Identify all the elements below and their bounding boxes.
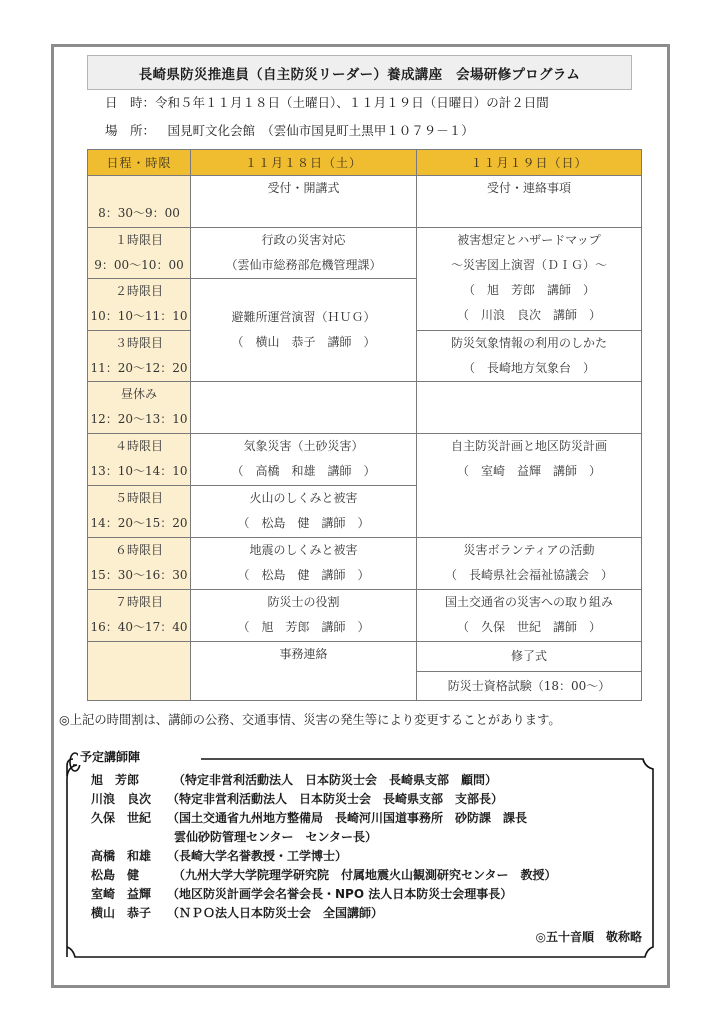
- day1-session: 避難所運営演習（ＨＵＧ）（ 横山 恭子 講師 ）: [191, 279, 417, 382]
- time-cell: ７時限目16：40〜17：40: [88, 590, 191, 642]
- day2-session: 国土交通省の災害への取り組み（ 久保 世紀 講師 ）: [417, 590, 642, 642]
- session-title: 防災士の役割: [191, 590, 416, 615]
- lecturer-list: 旭 芳郎 （特定非営利活動法人 日本防災士会 長崎県支部 顧問） 川浪 良次（特…: [91, 771, 557, 923]
- session-lecturer: （ 久保 世紀 講師 ）: [417, 615, 641, 640]
- session-lecturer: （ 横山 恭子 講師 ）: [191, 330, 416, 355]
- session-title: 災害ボランティアの活動: [417, 538, 641, 563]
- session-lecturer: （ 高橋 和雄 講師 ）: [191, 459, 416, 484]
- day2-session: 自主防災計画と地区防災計画（ 室崎 益輝 講師 ）: [417, 434, 642, 538]
- day2-session: 災害ボランティアの活動（ 長崎県社会福祉協議会 ）: [417, 538, 642, 590]
- day2-session: 防災気象情報の利用のしかた（ 長崎地方気象台 ）: [417, 331, 642, 382]
- day2-session: 修了式: [417, 642, 642, 672]
- lecturer-affiliation: （地区防災計画学会名誉会長・NPO 法人日本防災士会理事長）: [167, 887, 512, 901]
- session-title: 地震のしくみと被害: [191, 538, 416, 563]
- day2-session: 防災士資格試験（18：00〜）: [417, 672, 642, 701]
- place-value: 国見町文化会館 （雲仙市国見町土黒甲１０７９－１）: [155, 123, 474, 138]
- session-title: 防災気象情報の利用のしかた: [417, 331, 641, 356]
- session-lecturer: （ 旭 芳郎 講師 ）: [417, 278, 641, 303]
- table-row: 昼休み12：20〜13：10: [88, 382, 642, 434]
- period-label: ６時限目: [88, 538, 190, 563]
- page-title: 長崎県防災推進員（自主防災リーダー）養成講座 会場研修プログラム: [87, 55, 632, 90]
- table-row: ４時限目13：10〜14：10 気象災害（土砂災害）（ 高橋 和雄 講師 ） 自…: [88, 434, 642, 486]
- table-row: ６時限目15：30〜16：30 地震のしくみと被害（ 松島 健 講師 ） 災害ボ…: [88, 538, 642, 590]
- day1-session: 気象災害（土砂災害）（ 高橋 和雄 講師 ）: [191, 434, 417, 486]
- session-title: 気象災害（土砂災害）: [191, 434, 416, 459]
- lecturers-footnote: ◎五十音順 敬称略: [536, 928, 642, 945]
- period-label: ２時限目: [88, 279, 190, 304]
- lecturer-affiliation: （特定非営利活動法人 日本防災士会 長崎県支部 顧問）: [167, 773, 497, 787]
- table-row: １時限目9：00〜10：00 行政の災害対応（雲仙市総務部危機管理課） 被害想定…: [88, 228, 642, 279]
- lecturer-name: 旭 芳郎: [91, 771, 167, 790]
- lecturer-affiliation: （九州大学大学院理学研究院 付属地震火山観測研究センター 教授）: [167, 868, 557, 882]
- header-day2: １１月１９日（日）: [417, 150, 642, 176]
- period-label: [88, 176, 190, 201]
- session-title: 避難所運営演習（ＨＵＧ）: [191, 305, 416, 330]
- lecturer-name: 川浪 良次: [91, 790, 167, 809]
- time-cell: ２時限目10：10〜11：10: [88, 279, 191, 331]
- time-cell: ４時限目13：10〜14：10: [88, 434, 191, 486]
- session-title: 受付・連絡事項: [417, 176, 641, 201]
- session-title: 火山のしくみと被害: [191, 486, 416, 511]
- lecturer-name: 高橋 和雄: [91, 847, 167, 866]
- day1-session: [191, 382, 417, 434]
- session-title: 被害想定とハザードマップ: [417, 228, 641, 253]
- period-label: ３時限目: [88, 331, 190, 356]
- lecturer-affiliation: （長崎大学名誉教授・工学博士）: [167, 849, 347, 863]
- list-item: 松島 健 （九州大学大学院理学研究院 付属地震火山観測研究センター 教授）: [91, 866, 557, 885]
- lecturer-affiliation: （国土交通省九州地方整備局 長崎河川国道事務所 砂防課 課長: [167, 811, 527, 825]
- time-range: 11：20〜12：20: [88, 356, 190, 381]
- day1-session: 火山のしくみと被害（ 松島 健 講師 ）: [191, 486, 417, 538]
- session-lecturer: （ 松島 健 講師 ）: [191, 563, 416, 588]
- lecturer-affiliation: （ＮＰＯ法人日本防災士会 全国講師）: [167, 906, 383, 920]
- lecturer-name: 室崎 益輝: [91, 885, 167, 904]
- session-title: 事務連絡: [191, 642, 416, 667]
- session-lecturer: （ 松島 健 講師 ）: [191, 511, 416, 536]
- date-value: 令和５年１１月１８日（土曜日）、１１月１９日（日曜日）の計２日間: [155, 95, 549, 110]
- header-day1: １１月１８日（土）: [191, 150, 417, 176]
- session-title: 自主防災計画と地区防災計画: [417, 434, 641, 459]
- session-lecturer: （ 川浪 良次 講師 ）: [417, 303, 641, 328]
- list-item: 旭 芳郎 （特定非営利活動法人 日本防災士会 長崎県支部 顧問）: [91, 771, 557, 790]
- place-label: 場 所：: [105, 121, 155, 139]
- time-range: 14：20〜15：20: [88, 511, 190, 536]
- lecturers-title: 予定講師陣: [78, 748, 144, 765]
- place-line: 場 所： 国見町文化会館 （雲仙市国見町土黒甲１０７９－１）: [105, 121, 474, 139]
- schedule-note: ◎上記の時間割は、講師の公務、交通事情、災害の発生等により変更することがあります…: [59, 710, 561, 728]
- time-cell: １時限目9：00〜10：00: [88, 228, 191, 279]
- session-lecturer: （ 旭 芳郎 講師 ）: [191, 615, 416, 640]
- list-item: 高橋 和雄（長崎大学名誉教授・工学博士）: [91, 847, 557, 866]
- session-lecturer: （ 室崎 益輝 講師 ）: [417, 459, 641, 484]
- list-item: 横山 恭子（ＮＰＯ法人日本防災士会 全国講師）: [91, 904, 557, 923]
- period-label: ４時限目: [88, 434, 190, 459]
- period-label: ５時限目: [88, 486, 190, 511]
- time-cell: 昼休み12：20〜13：10: [88, 382, 191, 434]
- time-range: 10：10〜11：10: [88, 304, 190, 329]
- session-lecturer: （ 長崎地方気象台 ）: [417, 356, 641, 381]
- lecturer-name: 久保 世紀: [91, 809, 167, 828]
- lecturer-name: 松島 健: [91, 866, 167, 885]
- day2-session: 被害想定とハザードマップ〜災害図上演習（ＤＩＧ）〜（ 旭 芳郎 講師 ）（ 川浪…: [417, 228, 642, 331]
- day1-session: 事務連絡: [191, 642, 417, 701]
- session-subtitle: 〜災害図上演習（ＤＩＧ）〜: [417, 253, 641, 278]
- session-title: 国土交通省の災害への取り組み: [417, 590, 641, 615]
- period-label: ７時限目: [88, 590, 190, 615]
- time-range: 8：30〜9：00: [88, 201, 190, 226]
- time-range: 13：10〜14：10: [88, 459, 190, 484]
- day1-session: 受付・開講式: [191, 176, 417, 228]
- list-item: 久保 世紀（国土交通省九州地方整備局 長崎河川国道事務所 砂防課 課長: [91, 809, 557, 828]
- time-cell: ６時限目15：30〜16：30: [88, 538, 191, 590]
- table-row: 8：30〜9：00 受付・開講式 受付・連絡事項: [88, 176, 642, 228]
- day1-session: 地震のしくみと被害（ 松島 健 講師 ）: [191, 538, 417, 590]
- period-label: 昼休み: [88, 382, 190, 407]
- date-label: 日 時：: [105, 93, 155, 111]
- time-range: 15：30〜16：30: [88, 563, 190, 588]
- lecturer-affiliation: （特定非営利活動法人 日本防災士会 長崎県支部 支部長）: [167, 792, 503, 806]
- time-cell: [88, 642, 191, 701]
- session-title: 行政の災害対応: [191, 228, 416, 253]
- time-cell: 8：30〜9：00: [88, 176, 191, 228]
- time-range: 12：20〜13：10: [88, 407, 190, 432]
- day2-session: 受付・連絡事項: [417, 176, 642, 228]
- session-lecturer: （雲仙市総務部危機管理課）: [191, 253, 416, 278]
- session-title: 防災士資格試験（18：00〜）: [417, 674, 641, 699]
- time-range: 9：00〜10：00: [88, 253, 190, 278]
- time-cell: ５時限目14：20〜15：20: [88, 486, 191, 538]
- session-lecturer: （ 長崎県社会福祉協議会 ）: [417, 563, 641, 588]
- list-item: 室崎 益輝（地区防災計画学会名誉会長・NPO 法人日本防災士会理事長）: [91, 885, 557, 904]
- session-title: 修了式: [417, 644, 641, 669]
- time-cell: ３時限目11：20〜12：20: [88, 331, 191, 382]
- table-row: 事務連絡 修了式: [88, 642, 642, 672]
- lecturer-affiliation: 雲仙砂防管理センター センター長）: [174, 830, 377, 844]
- time-range: 16：40〜17：40: [88, 615, 190, 640]
- lecturer-name: 横山 恭子: [91, 904, 167, 923]
- list-item: 川浪 良次（特定非営利活動法人 日本防災士会 長崎県支部 支部長）: [91, 790, 557, 809]
- period-label: １時限目: [88, 228, 190, 253]
- day2-session: [417, 382, 642, 434]
- schedule-table: 日程・時限 １１月１８日（土） １１月１９日（日） 8：30〜9：00 受付・開…: [87, 149, 642, 701]
- list-item-continuation: 雲仙砂防管理センター センター長）: [91, 828, 557, 847]
- day1-session: 行政の災害対応（雲仙市総務部危機管理課）: [191, 228, 417, 279]
- table-row: ７時限目16：40〜17：40 防災士の役割（ 旭 芳郎 講師 ） 国土交通省の…: [88, 590, 642, 642]
- header-period: 日程・時限: [88, 150, 191, 176]
- table-header-row: 日程・時限 １１月１８日（土） １１月１９日（日）: [88, 150, 642, 176]
- session-title: 受付・開講式: [191, 176, 416, 201]
- day1-session: 防災士の役割（ 旭 芳郎 講師 ）: [191, 590, 417, 642]
- date-line: 日 時：令和５年１１月１８日（土曜日）、１１月１９日（日曜日）の計２日間: [105, 93, 549, 111]
